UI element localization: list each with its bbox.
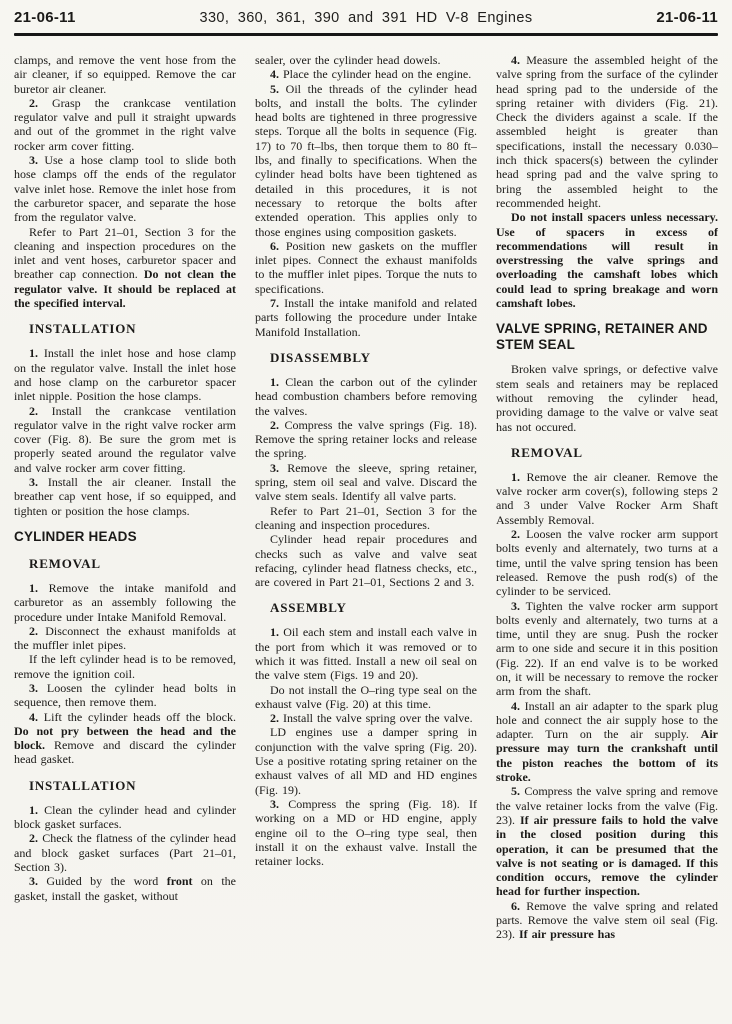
body-text: Place the cylinder head on the engine. <box>279 67 471 81</box>
body-text: Loosen the cylinder head bolts in sequen… <box>14 681 236 709</box>
bold-text: 1. <box>29 803 38 817</box>
body-text: Compress the spring (Fig. 18). If workin… <box>255 797 477 868</box>
body-text: Clean the carbon out of the cylinder hea… <box>255 375 477 418</box>
page-number-left: 21-06-11 <box>14 9 76 26</box>
body-text: Install the inlet hose and hose clamp on… <box>14 346 236 403</box>
subsection-heading: REMOVAL <box>14 556 236 571</box>
paragraph: LD engines use a damper spring in conjun… <box>255 725 477 796</box>
body-text: If the left cylinder head is to be remov… <box>14 652 236 680</box>
bold-text: 3. <box>270 797 279 811</box>
body-text: LD engines use a damper spring in conjun… <box>255 725 477 796</box>
body-text: Disconnect the exhaust manifolds at the … <box>14 624 236 652</box>
paragraph: Do not install the O–ring type seal on t… <box>255 683 477 712</box>
bold-text: 3. <box>511 599 520 613</box>
body-text: Tighten the valve rocker arm support bol… <box>496 599 718 699</box>
body-text: Use a hose clamp tool to slide both hose… <box>14 153 236 224</box>
body-text: clamps, and remove the vent hose from th… <box>14 53 236 96</box>
section-heading: CYLINDER HEADS <box>14 529 236 545</box>
bold-text: 6. <box>511 899 520 913</box>
bold-text: 3. <box>29 681 38 695</box>
bold-text: 4. <box>511 699 520 713</box>
body-text: Do not install the O–ring type seal on t… <box>255 683 477 711</box>
paragraph: 3. Guided by the word front on the gaske… <box>14 874 236 903</box>
paragraph: Refer to Part 21–01, Section 3 for the c… <box>14 225 236 311</box>
body-text: Install an air adapter to the spark plug… <box>496 699 718 742</box>
body-text: Install the valve spring over the valve. <box>279 711 473 725</box>
bold-text: 3. <box>29 874 38 888</box>
body-text: Install the intake manifold and related … <box>255 296 477 339</box>
paragraph: 3. Install the air cleaner. Install the … <box>14 475 236 518</box>
bold-text: If air pressure has <box>519 927 615 941</box>
paragraph: 2. Check the flatness of the cylinder he… <box>14 831 236 874</box>
bold-text: 5. <box>511 784 520 798</box>
text-columns: clamps, and remove the vent hose from th… <box>14 53 718 1001</box>
body-text: Remove and discard the cylinder head gas… <box>14 738 236 766</box>
bold-text: 7. <box>270 296 279 310</box>
paragraph: 1. Install the inlet hose and hose clamp… <box>14 346 236 403</box>
paragraph: If the left cylinder head is to be remov… <box>14 652 236 681</box>
paragraph: 7. Install the intake manifold and relat… <box>255 296 477 339</box>
bold-text: 4. <box>270 67 279 81</box>
body-text: Oil each stem and install each valve in … <box>255 625 477 682</box>
paragraph: 2. Install the valve spring over the val… <box>255 711 477 725</box>
paragraph: 6. Position new gaskets on the muffler i… <box>255 239 477 296</box>
paragraph: 4. Lift the cylinder heads off the block… <box>14 710 236 767</box>
bold-text: 2. <box>511 527 520 541</box>
bold-text: 1. <box>29 581 38 595</box>
bold-text: 3. <box>29 153 38 167</box>
body-text: Cylinder head repair procedures and chec… <box>255 532 477 589</box>
body-text: Lift the cylinder heads off the block. <box>38 710 236 724</box>
paragraph: 1. Oil each stem and install each valve … <box>255 625 477 682</box>
paragraph: Broken valve springs, or defective valve… <box>496 362 718 433</box>
paragraph: 2. Grasp the crankcase ventilation regul… <box>14 96 236 153</box>
paragraph: 1. Clean the carbon out of the cylinder … <box>255 375 477 418</box>
body-text: Remove the intake manifold and carbureto… <box>14 581 236 624</box>
bold-text: 2. <box>270 711 279 725</box>
paragraph: 4. Place the cylinder head on the engine… <box>255 67 477 81</box>
body-text: Remove the air cleaner. Remove the valve… <box>496 470 718 527</box>
bold-text: front <box>167 874 193 888</box>
body-text: Refer to Part 21–01, Section 3 for the c… <box>255 504 477 532</box>
bold-text: 2. <box>29 96 38 110</box>
header-rule <box>14 33 718 36</box>
subsection-heading: ASSEMBLY <box>255 600 477 615</box>
bold-text: 1. <box>511 470 520 484</box>
bold-text: 2. <box>29 831 38 845</box>
column-3: 4. Measure the assembled height of the v… <box>496 53 718 1001</box>
paragraph: 2. Compress the valve springs (Fig. 18).… <box>255 418 477 461</box>
paragraph: 5. Oil the threads of the cylinder head … <box>255 82 477 239</box>
paragraph: sealer, over the cylinder head dowels. <box>255 53 477 67</box>
paragraph: 5. Compress the valve spring and remove … <box>496 784 718 898</box>
paragraph: Refer to Part 21–01, Section 3 for the c… <box>255 504 477 533</box>
paragraph: 2. Loosen the valve rocker arm support b… <box>496 527 718 598</box>
paragraph: 1. Remove the air cleaner. Remove the va… <box>496 470 718 527</box>
bold-text: If air pressure fails to hold the valve … <box>496 813 718 898</box>
body-text: Remove the sleeve, spring retainer, spri… <box>255 461 477 504</box>
subsection-heading: INSTALLATION <box>14 778 236 793</box>
bold-text: 1. <box>29 346 38 360</box>
body-text: Compress the valve springs (Fig. 18). Re… <box>255 418 477 461</box>
bold-text: 3. <box>29 475 38 489</box>
page-title: 330, 360, 361, 390 and 391 HD V-8 Engine… <box>200 10 533 26</box>
body-text: Clean the cylinder head and cylinder blo… <box>14 803 236 831</box>
paragraph: 3. Tighten the valve rocker arm support … <box>496 599 718 699</box>
body-text: Oil the threads of the cylinder head bol… <box>255 82 477 239</box>
page-header: 21-06-11 330, 360, 361, 390 and 391 HD V… <box>14 9 718 26</box>
section-heading: VALVE SPRING, RETAINER AND STEM SEAL <box>496 321 718 353</box>
paragraph: clamps, and remove the vent hose from th… <box>14 53 236 96</box>
paragraph: 3. Remove the sleeve, spring retainer, s… <box>255 461 477 504</box>
paragraph: Do not install spacers unless necessary.… <box>496 210 718 310</box>
paragraph: 2. Install the crankcase ventilation reg… <box>14 404 236 475</box>
bold-text: 4. <box>29 710 38 724</box>
column-2: sealer, over the cylinder head dowels.4.… <box>255 53 477 1001</box>
bold-text: 2. <box>270 418 279 432</box>
bold-text: 1. <box>270 375 279 389</box>
paragraph: 3. Loosen the cylinder head bolts in seq… <box>14 681 236 710</box>
body-text: Guided by the word <box>38 874 167 888</box>
paragraph: 4. Install an air adapter to the spark p… <box>496 699 718 785</box>
manual-page: 21-06-11 330, 360, 361, 390 and 391 HD V… <box>0 0 732 1024</box>
body-text: Position new gaskets on the muffler inle… <box>255 239 477 296</box>
column-1: clamps, and remove the vent hose from th… <box>14 53 236 1001</box>
paragraph: 1. Clean the cylinder head and cylinder … <box>14 803 236 832</box>
body-text: Measure the assembled height of the valv… <box>496 53 718 210</box>
bold-text: 2. <box>29 404 38 418</box>
body-text: Install the crankcase ventilation regula… <box>14 404 236 475</box>
bold-text: 3. <box>270 461 279 475</box>
bold-text: 1. <box>270 625 279 639</box>
body-text: Install the air cleaner. Install the bre… <box>14 475 236 518</box>
page-number-right: 21-06-11 <box>656 9 718 26</box>
paragraph: 1. Remove the intake manifold and carbur… <box>14 581 236 624</box>
paragraph: 3. Use a hose clamp tool to slide both h… <box>14 153 236 224</box>
body-text: Grasp the crankcase ventilation regulato… <box>14 96 236 153</box>
paragraph: 6. Remove the valve spring and related p… <box>496 899 718 942</box>
subsection-heading: INSTALLATION <box>14 321 236 336</box>
body-text: Loosen the valve rocker arm support bolt… <box>496 527 718 598</box>
paragraph: 3. Compress the spring (Fig. 18). If wor… <box>255 797 477 868</box>
subsection-heading: REMOVAL <box>496 445 718 460</box>
paragraph: 4. Measure the assembled height of the v… <box>496 53 718 210</box>
paragraph: Cylinder head repair procedures and chec… <box>255 532 477 589</box>
bold-text: 2. <box>29 624 38 638</box>
bold-text: 4. <box>511 53 520 67</box>
body-text: sealer, over the cylinder head dowels. <box>255 53 440 67</box>
body-text: Check the flatness of the cylinder head … <box>14 831 236 874</box>
paragraph: 2. Disconnect the exhaust manifolds at t… <box>14 624 236 653</box>
subsection-heading: DISASSEMBLY <box>255 350 477 365</box>
bold-text: Do not install spacers unless necessary.… <box>496 210 718 310</box>
body-text: Broken valve springs, or defective valve… <box>496 362 718 433</box>
bold-text: 5. <box>270 82 279 96</box>
bold-text: 6. <box>270 239 279 253</box>
